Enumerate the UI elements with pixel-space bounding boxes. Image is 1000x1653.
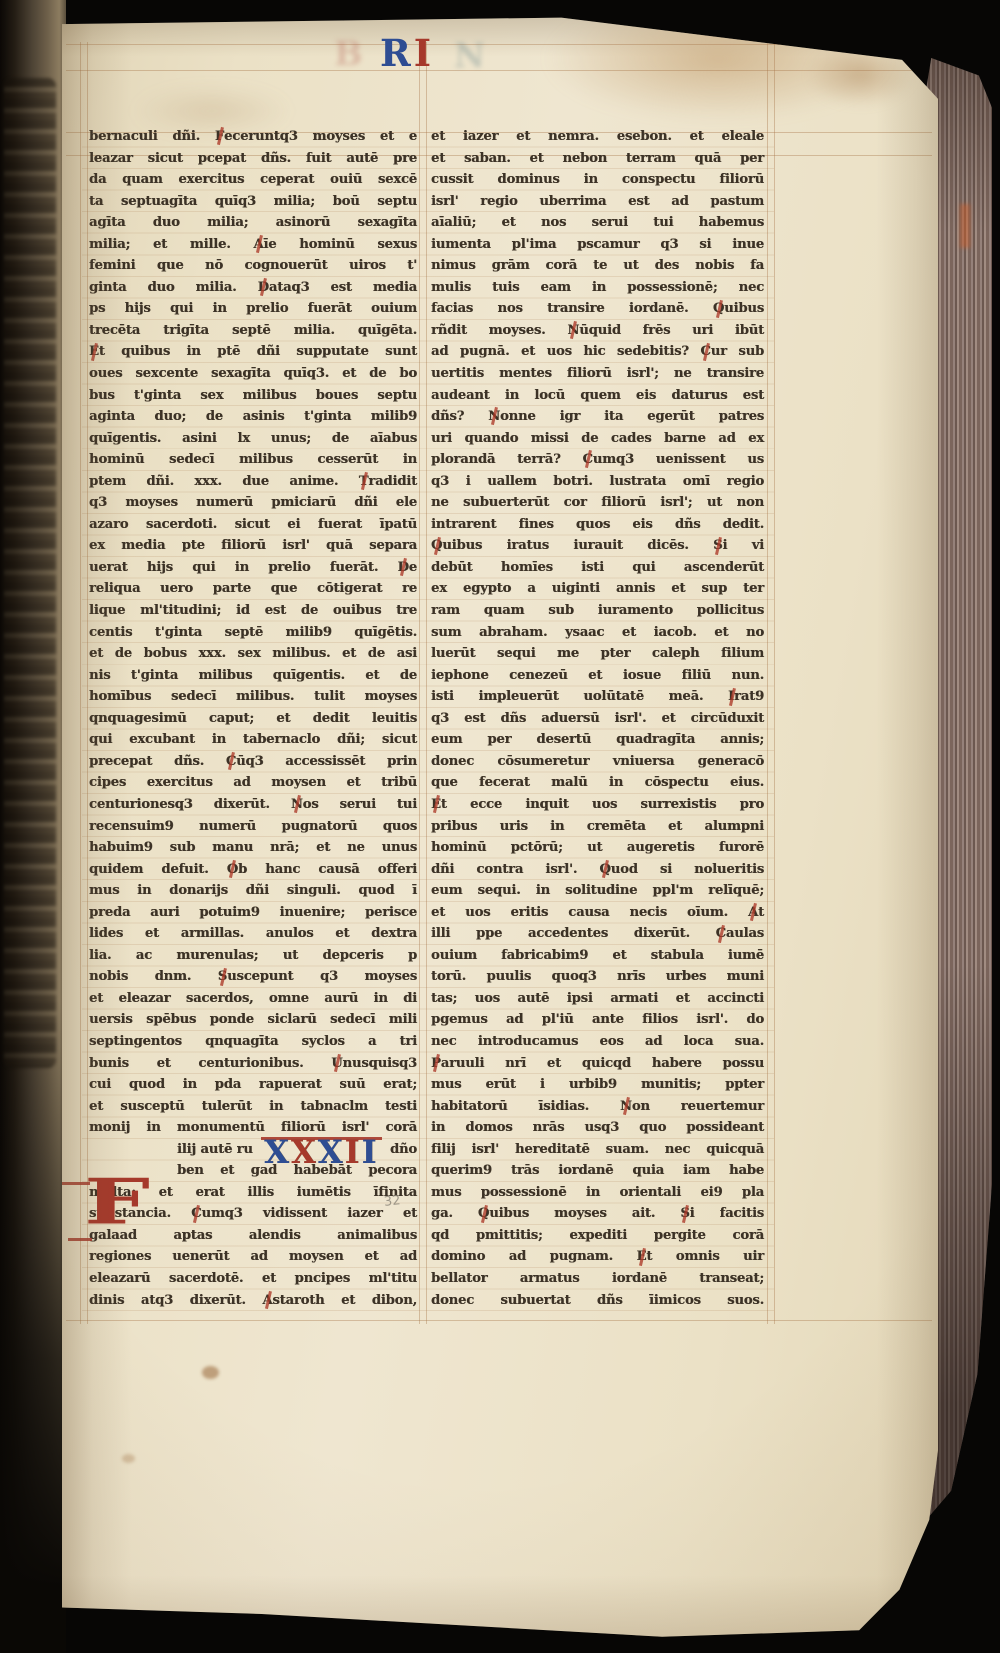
ruling-line xyxy=(80,42,81,1324)
text-line: ps hijs qui in prelio fuerāt ouium xyxy=(89,298,417,320)
text-line: et susceptū tulerūt in tabnaclm testi xyxy=(89,1096,417,1118)
initial-flourish xyxy=(68,1238,92,1241)
text-line: donec cōsumeretur vniuersa generacō xyxy=(431,751,764,773)
text-line: isti impleuerūt uolūtatē meā. Irat9 xyxy=(431,686,764,708)
chapter-initial: F xyxy=(84,1170,150,1235)
text-line: ptem dñi. xxx. due anime. Tradidit xyxy=(89,471,417,493)
text-line: ram quam sub iuramento pollicitus xyxy=(431,600,764,622)
text-line: uri quando missi de cades barne ad ex xyxy=(431,428,764,450)
text-line: centurionesq3 dixerūt. Nos serui tui xyxy=(89,794,417,816)
text-line: dñi contra isrl'. Quod si nolueritis xyxy=(431,859,764,881)
text-line: intrarent fines quos eis dñs dedit. xyxy=(431,514,764,536)
folio-number: 63 xyxy=(888,1608,904,1623)
parchment-page: B RI N bernaculi dñi. Feceruntq3 moyses … xyxy=(62,16,938,1640)
text-line: sum abraham. ysaac et iacob. et no xyxy=(431,622,764,644)
text-line: ta septuagīta quīq3 milia; boū septu xyxy=(89,191,417,213)
text-line: nec introducamus eos ad loca sua. xyxy=(431,1031,764,1053)
text-line: Et quibus in ptē dñi supputate sunt xyxy=(89,341,417,363)
text-line: habitatorū īsidias. Non reuertemur xyxy=(431,1096,764,1118)
margin-chapter-annotation: 32 xyxy=(383,1193,401,1210)
ruling-line xyxy=(87,42,88,1324)
text-line: audeant in locū quem eis daturus est xyxy=(431,385,764,407)
text-line: qnquagesimū caput; et dedit leuitis xyxy=(89,708,417,730)
text-line: domino ad pugnam. Et omnis uir xyxy=(431,1246,764,1268)
text-line: homībus sedecī milibus. tulit moyses xyxy=(89,686,417,708)
text-line: nobis dnm. Suscepunt q3 moyses xyxy=(89,966,417,988)
text-line: luerūt sequi me pter caleph filium xyxy=(431,643,764,665)
stain xyxy=(122,1454,135,1463)
text-line: trecēta trigīta septē milia. quīgēta. xyxy=(89,320,417,342)
text-line: centis t'ginta septē milib9 quīgētis. xyxy=(89,622,417,644)
text-line: eum sequi. in solitudine ppl'm relīquē; xyxy=(431,880,764,902)
gutter-shadow xyxy=(0,1000,66,1653)
text-line: ga. Quibus moyses ait. Si facitis xyxy=(431,1203,764,1225)
text-line: iephone cenezeū et iosue filiū nun. xyxy=(431,665,764,687)
text-line: quidem defuit. Ob hanc causā offeri xyxy=(89,859,417,881)
text-line: ex egypto a uiginti annis et sup ter xyxy=(431,578,764,600)
text-line: et eleazar sacerdos, omne aurū in di xyxy=(89,988,417,1010)
text-line: q3 moyses numerū pmiciarū dñi ele xyxy=(89,492,417,514)
text-line: bernaculi dñi. Feceruntq3 moyses et e xyxy=(89,126,417,148)
text-line: filij isrl' hereditatē suam. nec quicquā xyxy=(431,1139,764,1161)
text-line: facias nos transire iordanē. Quibus xyxy=(431,298,764,320)
text-line: ex media pte filiorū isrl' quā separa xyxy=(89,535,417,557)
facing-page-text-showthrough xyxy=(4,78,56,1068)
text-line: mus in donarijs dñi singuli. quod ī xyxy=(89,880,417,902)
text-line: tas; uos autē ipsi armati et accincti xyxy=(431,988,764,1010)
text-line: nimus grām corā te ut des nobis fa xyxy=(431,255,764,277)
text-line: aīaliū; et nos serui tui habemus xyxy=(431,212,764,234)
text-column-left: bernaculi dñi. Feceruntq3 moyses et elea… xyxy=(89,126,417,1311)
ruling-line xyxy=(66,1320,932,1321)
text-line: azaro sacerdoti. sicut ei fuerat īpatū xyxy=(89,514,417,536)
text-line: cussit dominus in conspectu filiorū xyxy=(431,169,764,191)
text-line: lia. ac murenulas; ut depceris p xyxy=(89,945,417,967)
text-line: mus possessionē in orientali ei9 pla xyxy=(431,1182,764,1204)
text-line: mus erūt i urbib9 munitis; ppter xyxy=(431,1074,764,1096)
text-line: pgemus ad pl'iū ante filios isrl'. do xyxy=(431,1009,764,1031)
running-title: B RI N xyxy=(62,28,938,84)
chapter-number: XXXII xyxy=(261,1137,381,1163)
running-title-ghost-left: B xyxy=(334,34,363,74)
text-line: quīgentis. asini lx unus; de aīabus xyxy=(89,428,417,450)
text-line: querim9 trās iordanē quia iam habe xyxy=(431,1160,764,1182)
text-line: ouium fabricabim9 et stabula iumē xyxy=(431,945,764,967)
text-line: bus t'ginta sex milibus boues septu xyxy=(89,385,417,407)
text-line: habuim9 sub manu nrā; et ne unus xyxy=(89,837,417,859)
text-line: in domos nrās usq3 quo possideant xyxy=(431,1117,764,1139)
text-line: pribus uris in cremēta et alumpni xyxy=(431,816,764,838)
text-line: torū. puulis quoq3 nrīs urbes muni xyxy=(431,966,764,988)
text-line: ginta duo milia. Dataq3 est media xyxy=(89,277,417,299)
text-line: et de bobus xxx. sex milibus. et de asi xyxy=(89,643,417,665)
text-line: rñdit moyses. Nūquid frēs uri ibūt xyxy=(431,320,764,342)
text-line: oues sexcente sexagīta quīq3. et de bo xyxy=(89,363,417,385)
text-line: et saban. et nebon terram quā per xyxy=(431,148,764,170)
running-title-letter: R xyxy=(380,31,414,75)
ruling-line xyxy=(419,42,420,1324)
text-line: qui excubant in tabernaclo dñi; sicut xyxy=(89,729,417,751)
running-title-ghost-right: N xyxy=(454,36,485,76)
ruling-line xyxy=(426,42,427,1324)
running-title-letters: RI xyxy=(380,28,434,78)
text-line: et uos eritis causa necis oīum. At xyxy=(431,902,764,924)
text-line: recensuim9 numerū pugnatorū quos xyxy=(89,816,417,838)
text-line: dinis atq3 dixerūt. Astaroth et dibon, xyxy=(89,1290,417,1312)
text-line: uerat hijs qui in prelio fuerāt. De xyxy=(89,557,417,579)
text-line: hominū sedecī milibus cesserūt in xyxy=(89,449,417,471)
text-line: nis t'ginta milibus quīgentis. et de xyxy=(89,665,417,687)
text-line: q3 est dñs aduersū isrl'. et circūduxit xyxy=(431,708,764,730)
text-line: et iazer et nemra. esebon. et eleale xyxy=(431,126,764,148)
running-title-letter: I xyxy=(414,31,434,75)
text-line: ne subuerterūt cor filiorū isrl'; ut non xyxy=(431,492,764,514)
facing-page-gutter xyxy=(0,0,66,1653)
initial-flourish xyxy=(60,1182,90,1185)
text-line: uertitis mentes filiorū isrl'; ne transi… xyxy=(431,363,764,385)
text-line: eleazarū sacerdotē. et pncipes ml'titu xyxy=(89,1268,417,1290)
text-line: bellator armatus iordanē transeat; xyxy=(431,1268,764,1290)
text-line: lique ml'titudini; id est de ouibus tre xyxy=(89,600,417,622)
text-line: preda auri potuim9 inuenire; perisce xyxy=(89,902,417,924)
text-line: agīta duo milia; asinorū sexagīta xyxy=(89,212,417,234)
text-line: precepat dñs. Cūq3 accessissēt prin xyxy=(89,751,417,773)
text-line: eum per desertū quadragīta annis; xyxy=(431,729,764,751)
text-line: milia; et mille. Aīe hominū sexus xyxy=(89,234,417,256)
text-line: plorandā terrā? Cumq3 uenissent us xyxy=(431,449,764,471)
text-line: Quibus iratus iurauit dicēs. Si vi xyxy=(431,535,764,557)
text-line: cipes exercitus ad moysen et tribū xyxy=(89,772,417,794)
text-line: q3 i uallem botri. lustrata omī regio xyxy=(431,471,764,493)
text-line: septingentos qnquagīta syclos a tri xyxy=(89,1031,417,1053)
text-line: donec subuertat dñs īimicos suos. xyxy=(431,1290,764,1312)
text-line: leazar sicut pcepat dñs. fuit autē pre xyxy=(89,148,417,170)
text-line: que fecerat malū in cōspectu eius. xyxy=(431,772,764,794)
text-line: hominū pctōrū; ut augeretis furorē xyxy=(431,837,764,859)
text-line: dñs? Nonne igr ita egerūt patres xyxy=(431,406,764,428)
ruling-line xyxy=(774,42,775,1324)
manuscript-photo: B RI N bernaculi dñi. Feceruntq3 moyses … xyxy=(0,0,1000,1653)
text-line: uersis spēbus ponde siclarū sedecī mili xyxy=(89,1009,417,1031)
text-line: regiones uenerūt ad moysen et ad xyxy=(89,1246,417,1268)
text-line: ilij autē ruXXXIIdño xyxy=(89,1139,417,1161)
text-line: illi ppe accedentes dixerūt. Caulas xyxy=(431,923,764,945)
stain xyxy=(202,1366,219,1379)
text-line: Paruuli nrī et quicqd habere possu xyxy=(431,1053,764,1075)
text-line: iumenta pl'ima pscamur q3 si inue xyxy=(431,234,764,256)
ruling-line xyxy=(767,42,768,1324)
text-line: qd pmittitis; expediti pergite corā xyxy=(431,1225,764,1247)
text-line: femini que nō cognouerūt uiros t' xyxy=(89,255,417,277)
text-line: aginta duo; de asinis t'ginta milib9 xyxy=(89,406,417,428)
text-line: da quam exercitus ceperat ouiū sexcē xyxy=(89,169,417,191)
text-line: isrl' regio uberrima est ad pastum xyxy=(431,191,764,213)
text-line: mulis tuis eam in possessionē; nec xyxy=(431,277,764,299)
text-line: cui quod in pda rapuerat suū erat; xyxy=(89,1074,417,1096)
text-line: ad pugnā. et uos hic sedebitis? Cur sub xyxy=(431,341,764,363)
text-line: reliqua uero parte que cōtigerat re xyxy=(89,578,417,600)
text-line: debūt homīes isti qui ascenderūt xyxy=(431,557,764,579)
fore-edge-stain xyxy=(960,204,970,248)
text-line: lides et armillas. anulos et dextra xyxy=(89,923,417,945)
text-column-right: et iazer et nemra. esebon. et elealeet s… xyxy=(431,126,764,1311)
text-line: bunis et centurionibus. Unusquisq3 xyxy=(89,1053,417,1075)
text-line: Et ecce inquit uos surrexistis pro xyxy=(431,794,764,816)
